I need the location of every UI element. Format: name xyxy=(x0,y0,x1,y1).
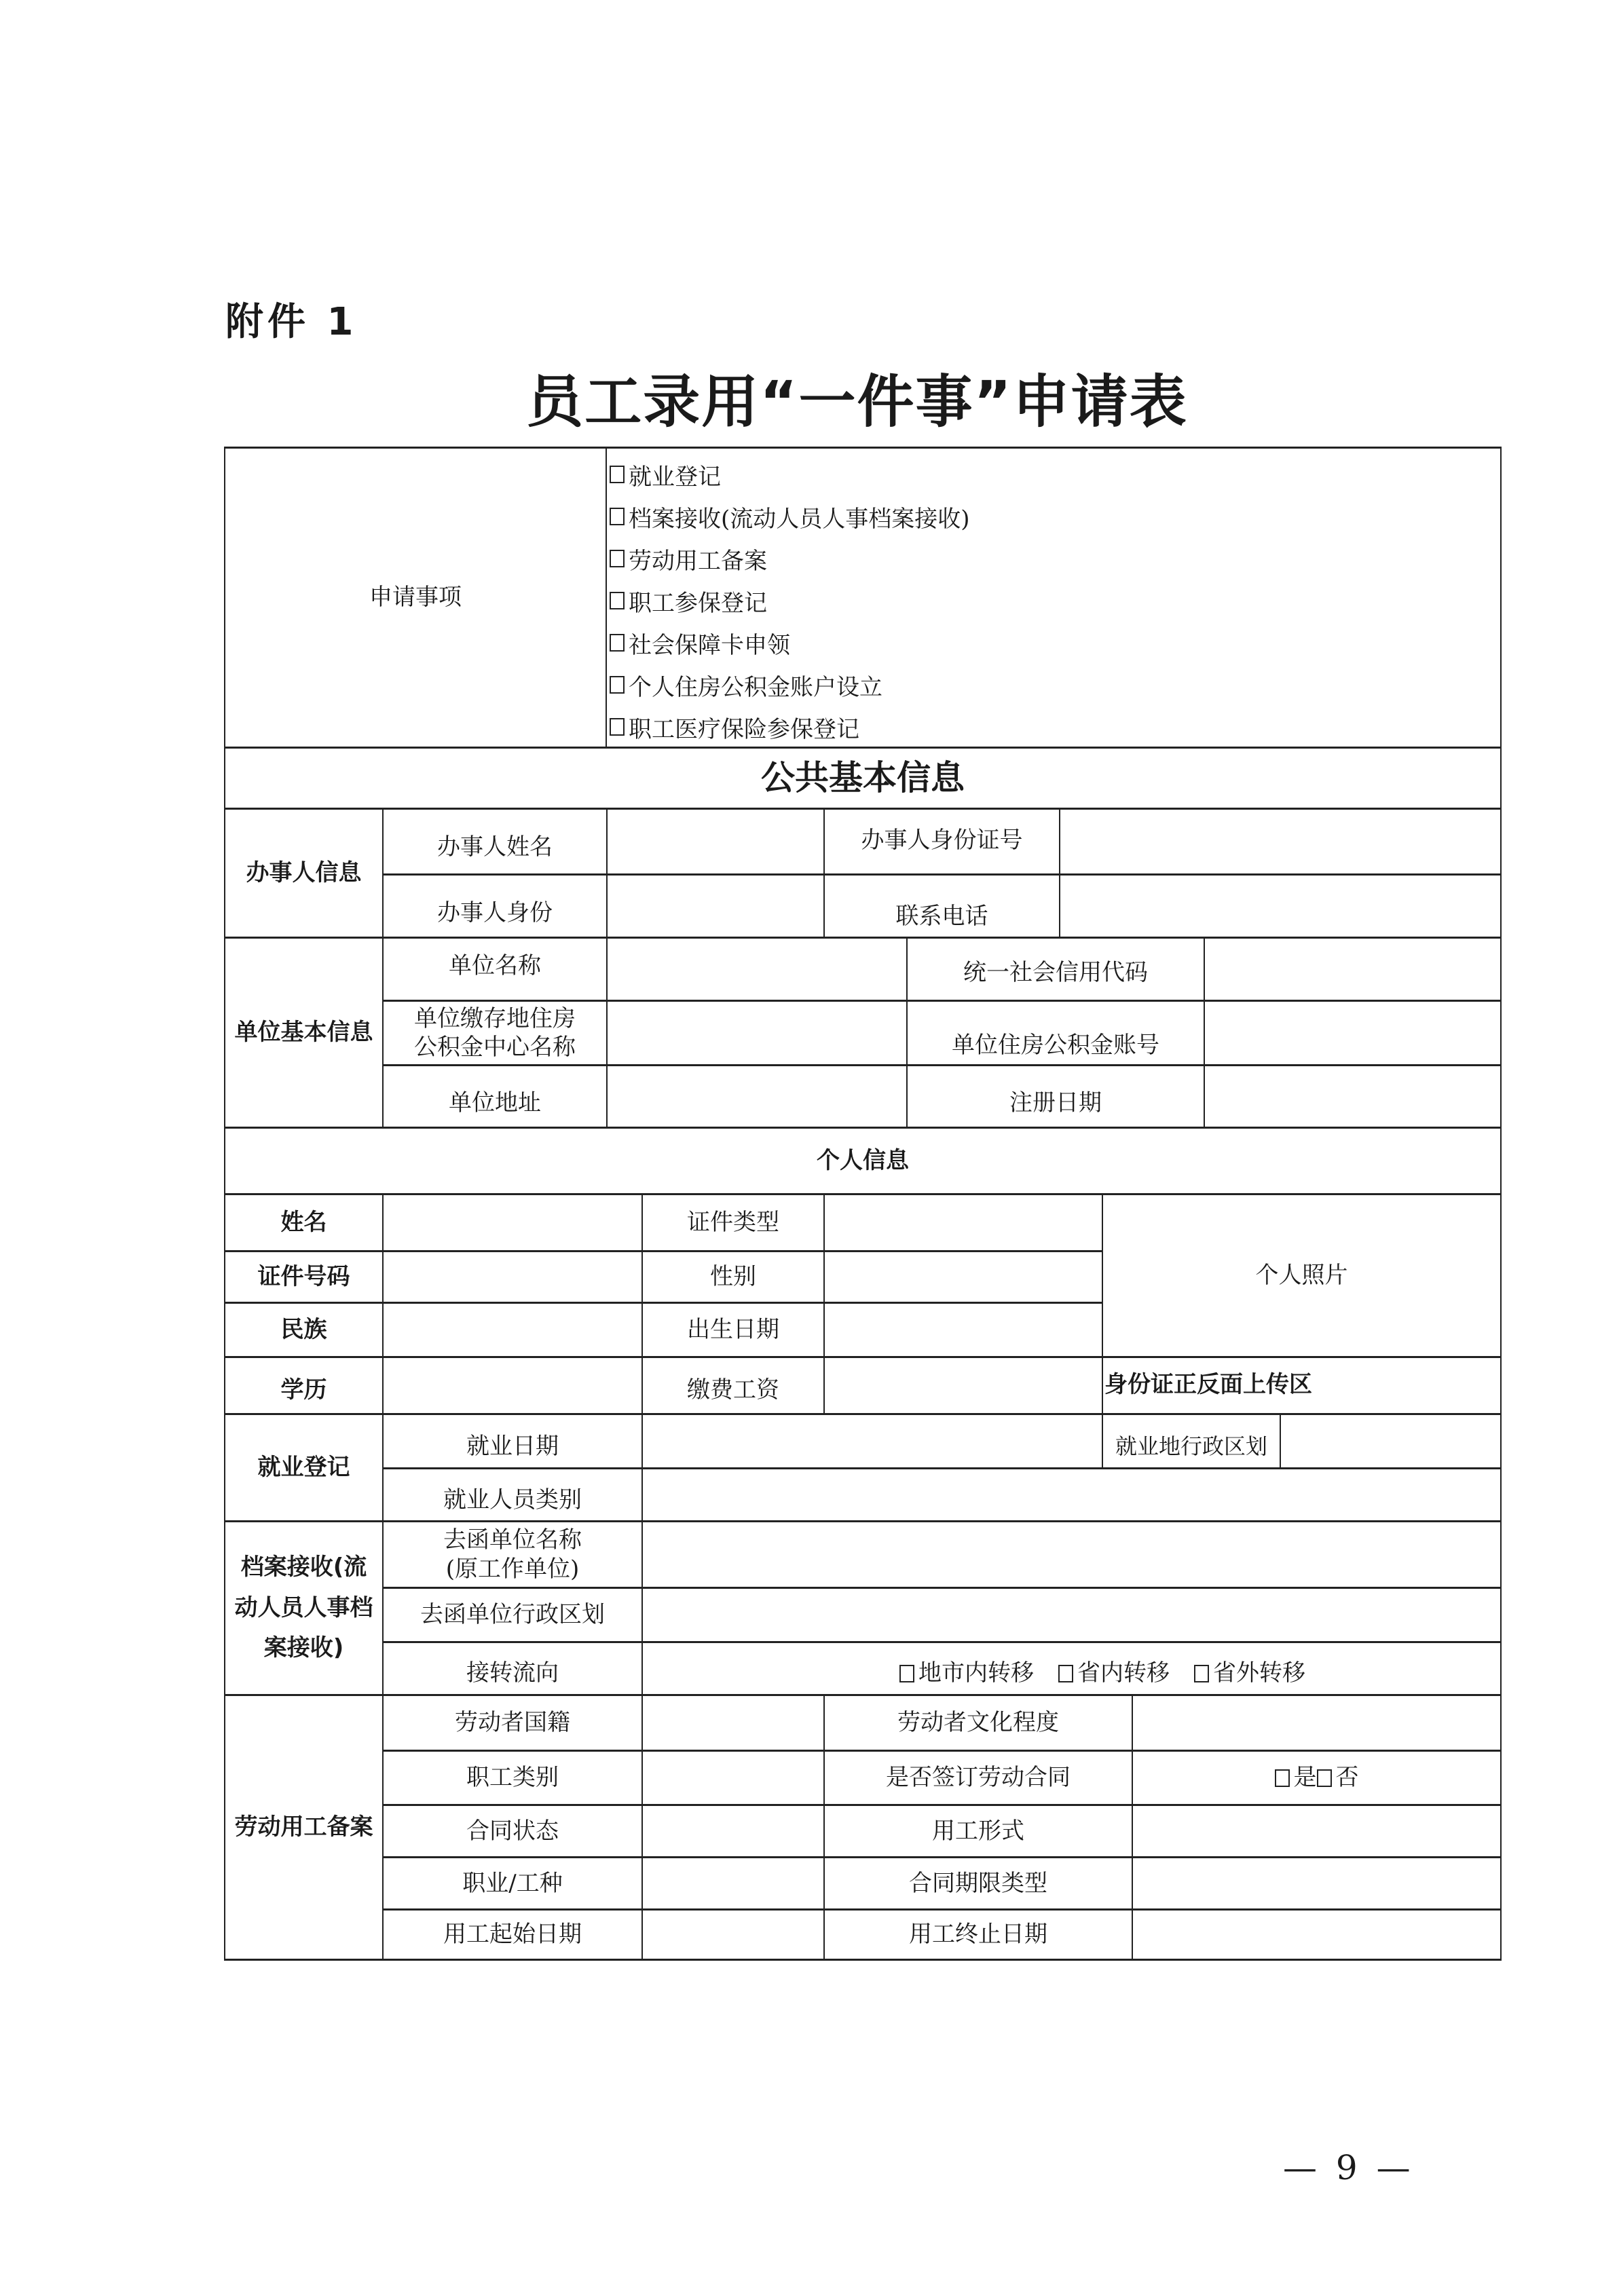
field-label: 出生日期 xyxy=(643,1304,823,1356)
checklist-item-label: 社会保障卡申领 xyxy=(629,626,790,660)
checklist-item-insurance-registration[interactable]: 职工参保登记 xyxy=(610,580,1492,622)
field-label: 办事人身份证号 xyxy=(825,814,1059,867)
personal-photo-upload[interactable]: 个人照片 xyxy=(1103,1195,1500,1356)
field-label: 证件类型 xyxy=(643,1195,823,1250)
field-label: 单位地址 xyxy=(384,1079,606,1127)
checkbox[interactable] xyxy=(610,634,625,652)
checklist-item-medical-insurance[interactable]: 职工医疗保险参保登记 xyxy=(610,706,1492,748)
employment-region-input[interactable] xyxy=(1281,1415,1500,1467)
field-label: 就业日期 xyxy=(384,1425,641,1467)
group-label-line: 动人员人事档 xyxy=(235,1588,373,1629)
field-label: 单位住房公积金账号 xyxy=(908,1018,1204,1072)
contract-term-input[interactable] xyxy=(1133,1858,1500,1908)
agent-id-number-input[interactable] xyxy=(1060,810,1500,873)
section-title-public-info: 公共基本信息 xyxy=(225,749,1500,808)
previous-unit-name-input[interactable] xyxy=(643,1522,1500,1587)
field-label: 单位名称 xyxy=(384,939,606,993)
checklist-item-label: 职工医疗保险参保登记 xyxy=(629,711,859,744)
fund-center-name-input[interactable] xyxy=(608,1002,906,1064)
person-name-input[interactable] xyxy=(384,1195,641,1250)
option-label: 地市内转移 xyxy=(918,1659,1034,1688)
employment-form-input[interactable] xyxy=(1133,1806,1500,1856)
previous-unit-region-input[interactable] xyxy=(643,1589,1500,1641)
agent-identity-input[interactable] xyxy=(608,876,823,937)
agent-name-input[interactable] xyxy=(608,810,823,873)
checkbox[interactable] xyxy=(610,466,625,483)
checkbox[interactable] xyxy=(610,676,625,694)
occupation-input[interactable] xyxy=(643,1858,823,1908)
field-label: 劳动者国籍 xyxy=(384,1696,641,1750)
field-label: 办事人姓名 xyxy=(384,821,606,873)
checkbox[interactable] xyxy=(899,1665,914,1682)
checklist-item-label: 个人住房公积金账户设立 xyxy=(629,669,882,702)
option-label: 省外转移 xyxy=(1213,1659,1305,1688)
checkbox[interactable] xyxy=(610,592,625,609)
education-input[interactable] xyxy=(384,1358,641,1413)
field-label: 就业人员类别 xyxy=(384,1480,641,1520)
start-date-input[interactable] xyxy=(643,1911,823,1959)
divider xyxy=(382,1641,1502,1643)
id-card-upload-area[interactable]: 身份证正反面上传区 xyxy=(1104,1358,1500,1411)
transfer-direction-options: 地市内转移 省内转移 省外转移 xyxy=(643,1653,1500,1694)
id-number-input[interactable] xyxy=(384,1252,641,1302)
gender-input[interactable] xyxy=(825,1252,1102,1302)
field-label: 注册日期 xyxy=(908,1079,1204,1127)
field-label: 职工类别 xyxy=(384,1752,641,1804)
nationality-input[interactable] xyxy=(643,1696,823,1750)
group-label-labor: 劳动用工备案 xyxy=(225,1696,382,1959)
staff-category-input[interactable] xyxy=(643,1752,823,1804)
id-type-input[interactable] xyxy=(825,1195,1102,1250)
application-checklist: 就业登记 档案接收(流动人员人事档案接收) 劳动用工备案 职工参保登记 社会保障… xyxy=(610,453,1492,748)
table-border-right xyxy=(1500,447,1502,1961)
checklist-item-label: 职工参保登记 xyxy=(629,584,767,618)
unit-fund-account-input[interactable] xyxy=(1205,1002,1500,1064)
group-label-line: 案接收) xyxy=(264,1628,344,1669)
option-label: 省内转移 xyxy=(1077,1659,1170,1688)
table-border-bottom xyxy=(224,1959,1502,1961)
unit-reg-date-input[interactable] xyxy=(1205,1066,1500,1127)
end-date-input[interactable] xyxy=(1133,1911,1500,1959)
group-label-line: 档案接收(流 xyxy=(241,1547,367,1588)
contract-status-input[interactable] xyxy=(643,1806,823,1856)
unit-name-input[interactable] xyxy=(608,939,906,1000)
field-label: 合同期限类型 xyxy=(825,1858,1132,1908)
option-label: 是 xyxy=(1294,1763,1317,1792)
field-label: 劳动者文化程度 xyxy=(825,1696,1132,1750)
field-label: 接转流向 xyxy=(384,1653,641,1694)
group-label-unit: 单位基本信息 xyxy=(225,939,382,1127)
option-no[interactable]: 否 xyxy=(1317,1763,1359,1792)
field-label: 联系电话 xyxy=(825,892,1059,940)
checklist-item-archive-receipt[interactable]: 档案接收(流动人员人事档案接收) xyxy=(610,495,1492,538)
checkbox[interactable] xyxy=(1058,1665,1073,1682)
option-in-city[interactable]: 地市内转移 xyxy=(899,1659,1034,1688)
field-label: 用工起始日期 xyxy=(384,1911,641,1959)
checkbox[interactable] xyxy=(610,550,625,567)
checklist-item-label: 档案接收(流动人员人事档案接收) xyxy=(629,500,970,533)
field-label: 单位缴存地住房 公积金中心名称 xyxy=(384,1002,606,1064)
group-label-employment: 就业登记 xyxy=(225,1415,382,1520)
checkbox[interactable] xyxy=(610,508,625,525)
field-label: 学历 xyxy=(225,1368,382,1413)
employment-category-input[interactable] xyxy=(643,1469,1500,1520)
section-title-personal-info: 个人信息 xyxy=(225,1129,1500,1193)
checkbox[interactable] xyxy=(610,718,625,736)
field-label: 用工形式 xyxy=(825,1806,1132,1856)
page-number: — 9 — xyxy=(1283,2148,1415,2187)
option-label: 否 xyxy=(1336,1763,1359,1792)
field-label-line: 去函单位名称 xyxy=(443,1526,582,1555)
divider xyxy=(606,448,607,747)
checklist-item-label: 劳动用工备案 xyxy=(629,542,767,576)
field-label: 统一社会信用代码 xyxy=(908,945,1204,1000)
field-label: 去函单位名称 (原工作单位) xyxy=(384,1522,641,1587)
field-label: 证件号码 xyxy=(225,1252,382,1302)
field-label: 用工终止日期 xyxy=(825,1911,1132,1959)
field-label-line: (原工作单位) xyxy=(446,1555,580,1584)
checklist-item-housing-fund-account[interactable]: 个人住房公积金账户设立 xyxy=(610,664,1492,706)
annex-label: 附件 1 xyxy=(225,292,357,346)
page-title: 员工录用“一件事”申请表 xyxy=(0,356,1619,438)
field-label: 性别 xyxy=(643,1252,823,1302)
group-label-archive: 档案接收(流 动人员人事档 案接收) xyxy=(225,1522,382,1694)
application-label: 申请事项 xyxy=(225,448,606,747)
field-label: 民族 xyxy=(225,1304,382,1356)
contract-signed-options: 是 否 xyxy=(1133,1752,1500,1804)
unit-credit-code-input[interactable] xyxy=(1205,939,1500,1000)
checkbox[interactable] xyxy=(1275,1769,1290,1787)
checkbox[interactable] xyxy=(1194,1665,1209,1682)
checklist-item-label: 就业登记 xyxy=(629,458,721,491)
field-label: 就业地行政区划 xyxy=(1103,1425,1280,1467)
wage-input[interactable] xyxy=(825,1358,1102,1413)
field-label: 缴费工资 xyxy=(643,1368,823,1413)
option-yes[interactable]: 是 xyxy=(1275,1763,1317,1792)
checklist-item-social-security-card[interactable]: 社会保障卡申领 xyxy=(610,622,1492,664)
labor-education-input[interactable] xyxy=(1133,1696,1500,1750)
option-in-province[interactable]: 省内转移 xyxy=(1058,1659,1170,1688)
field-label: 姓名 xyxy=(225,1195,382,1250)
option-out-province[interactable]: 省外转移 xyxy=(1194,1659,1305,1688)
field-label: 合同状态 xyxy=(384,1806,641,1856)
field-label: 是否签订劳动合同 xyxy=(825,1752,1132,1804)
checklist-item-employment-registration[interactable]: 就业登记 xyxy=(610,453,1492,495)
employment-date-input[interactable] xyxy=(643,1415,1102,1467)
birth-date-input[interactable] xyxy=(825,1304,1102,1356)
checklist-item-labor-filing[interactable]: 劳动用工备案 xyxy=(610,538,1492,580)
unit-address-input[interactable] xyxy=(608,1066,906,1127)
checkbox[interactable] xyxy=(1317,1769,1332,1787)
field-label: 职业/工种 xyxy=(384,1858,641,1908)
ethnicity-input[interactable] xyxy=(384,1304,641,1356)
field-label: 办事人身份 xyxy=(384,889,606,937)
field-label-line: 单位缴存地住房 xyxy=(414,1004,576,1034)
field-label-line: 公积金中心名称 xyxy=(414,1033,576,1062)
agent-phone-input[interactable] xyxy=(1060,876,1500,937)
group-label-agent: 办事人信息 xyxy=(225,810,382,937)
field-label: 去函单位行政区划 xyxy=(384,1589,641,1641)
